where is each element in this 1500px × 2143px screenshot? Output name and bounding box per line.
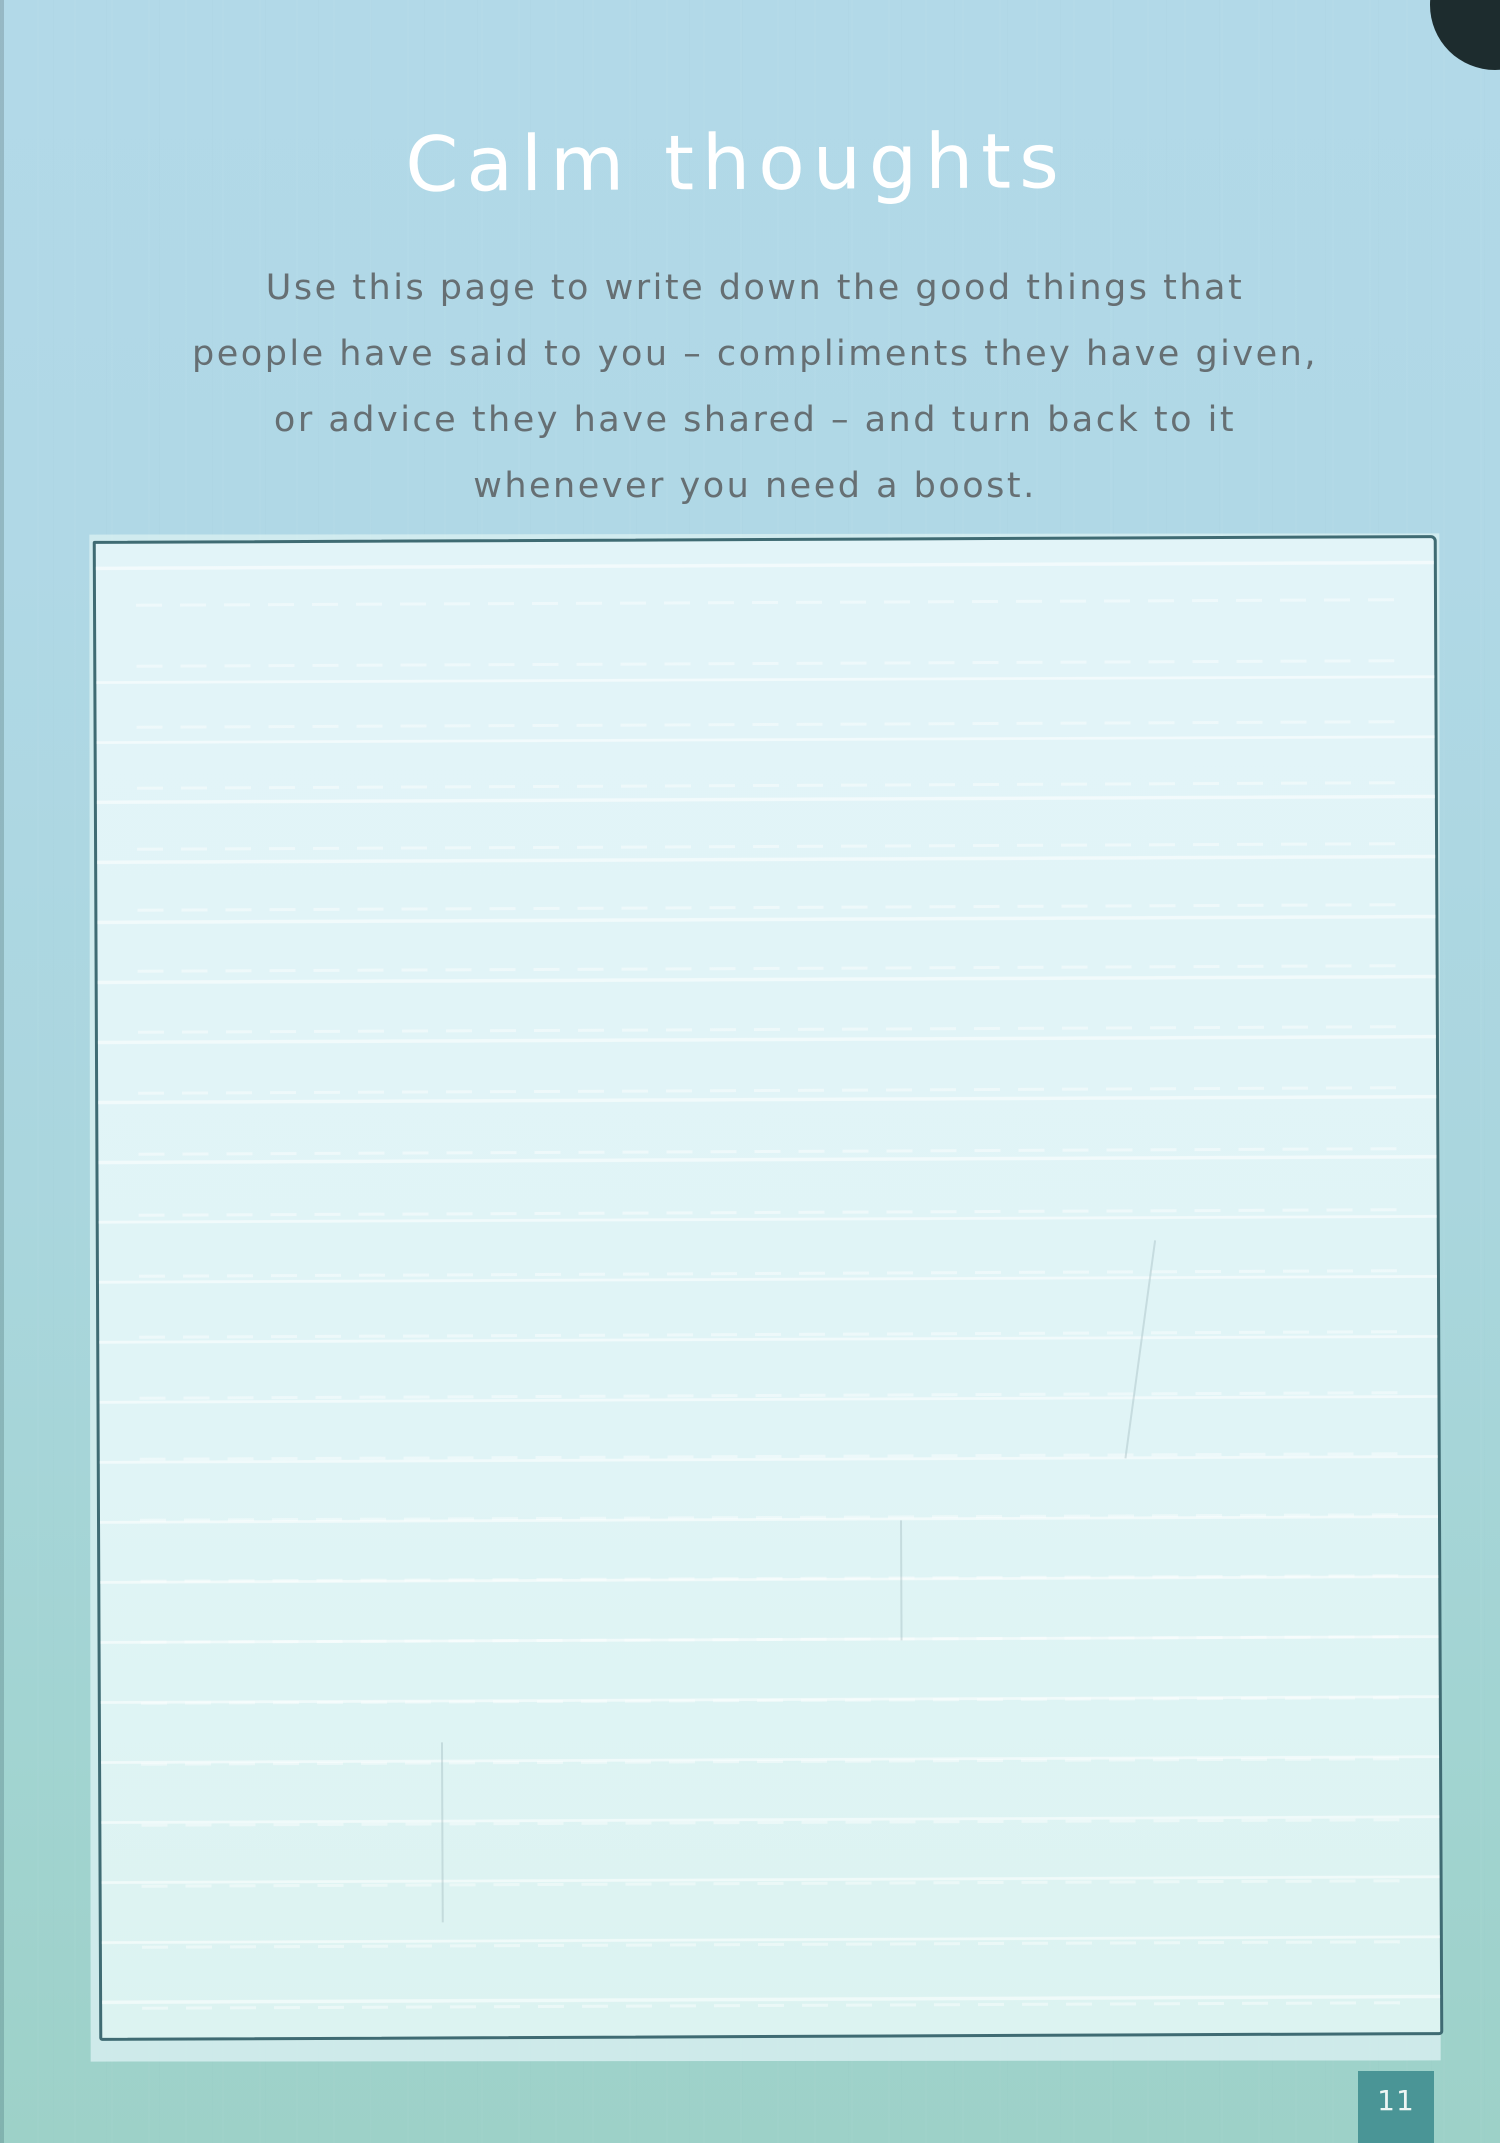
writing-line <box>142 1940 1400 1948</box>
writing-line <box>138 964 1396 972</box>
writing-lines <box>136 598 1400 2017</box>
writing-line <box>140 1452 1398 1460</box>
writing-line <box>139 1269 1397 1277</box>
writing-line <box>138 1025 1396 1033</box>
writing-line <box>142 1879 1400 1887</box>
intro-text: Use this page to write down the good thi… <box>180 255 1330 519</box>
writing-box[interactable] <box>93 535 1444 2041</box>
writing-line <box>142 2001 1400 2009</box>
writing-line <box>137 842 1395 850</box>
intro-line: whenever you need a boost. <box>180 453 1330 519</box>
writing-line <box>140 1513 1398 1521</box>
page-left-edge <box>0 0 4 2143</box>
page-number: 11 <box>1358 2071 1434 2143</box>
writing-line <box>136 598 1394 606</box>
writing-line <box>137 781 1395 789</box>
writing-line <box>136 659 1394 667</box>
writing-line <box>139 1330 1397 1338</box>
writing-line <box>141 1696 1399 1704</box>
writing-line <box>139 1208 1397 1216</box>
writing-line <box>141 1635 1399 1643</box>
writing-line <box>138 1147 1396 1155</box>
writing-line <box>140 1574 1398 1582</box>
writing-line <box>139 1391 1397 1399</box>
intro-line: people have said to you – compliments th… <box>180 321 1330 387</box>
writing-line <box>137 903 1395 911</box>
page-title: Calm thoughts <box>0 114 1486 211</box>
page-corner-curl <box>1430 0 1500 70</box>
writing-line <box>141 1818 1399 1826</box>
writing-line <box>137 720 1395 728</box>
writing-line <box>138 1086 1396 1094</box>
intro-line: or advice they have shared – and turn ba… <box>180 387 1330 453</box>
writing-line <box>141 1757 1399 1765</box>
intro-line: Use this page to write down the good thi… <box>180 255 1330 321</box>
